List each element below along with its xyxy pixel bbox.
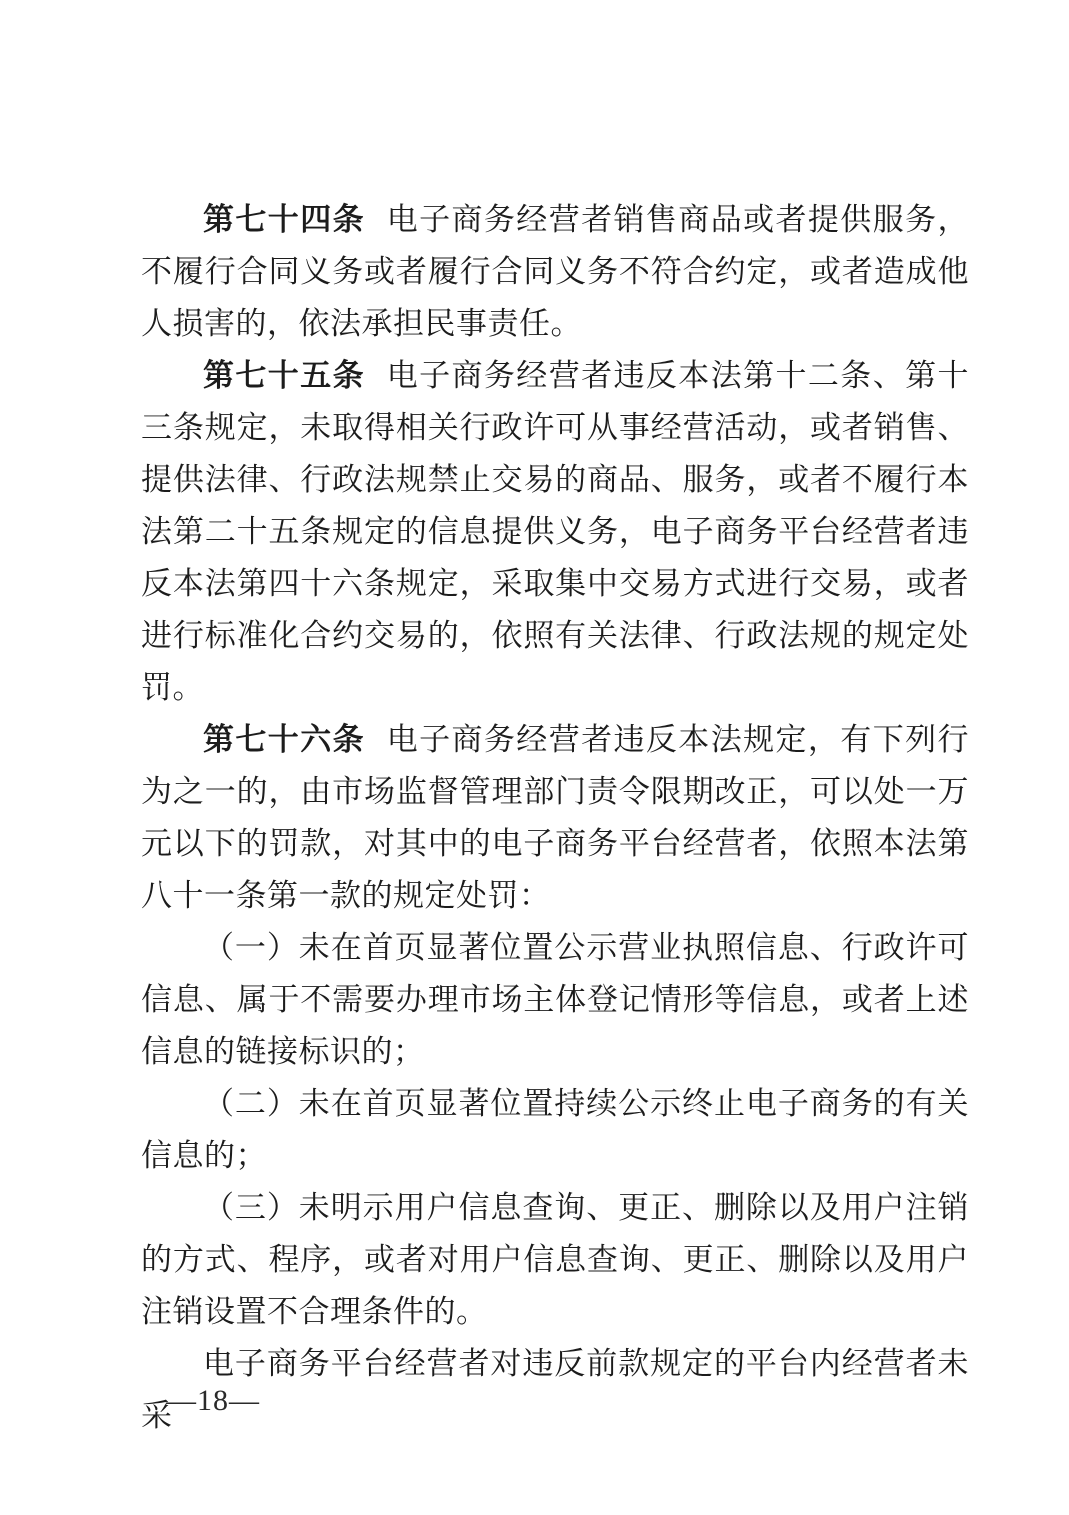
article-76-item-2-text: （二）未在首页显著位置持续公示终止电子商务的有关信息的；: [141, 1086, 969, 1173]
article-76-item-3: （三）未明示用户信息查询、更正、删除以及用户注销的方式、程序，或者对用户信息查询…: [141, 1182, 969, 1338]
article-74-paragraph: 第七十四条电子商务经营者销售商品或者提供服务，不履行合同义务或者履行合同义务不符…: [141, 194, 969, 350]
article-76-closing-text: 电子商务平台经营者对违反前款规定的平台内经营者未采: [141, 1346, 969, 1433]
article-76-paragraph: 第七十六条电子商务经营者违反本法规定，有下列行为之一的，由市场监督管理部门责令限…: [141, 714, 969, 922]
article-74-number: 第七十四条: [203, 202, 365, 237]
article-75-paragraph: 第七十五条电子商务经营者违反本法第十二条、第十三条规定，未取得相关行政许可从事经…: [141, 350, 969, 714]
article-76-number: 第七十六条: [203, 722, 365, 757]
article-76-item-1: （一）未在首页显著位置公示营业执照信息、行政许可信息、属于不需要办理市场主体登记…: [141, 922, 969, 1078]
article-75-text: 电子商务经营者违反本法第十二条、第十三条规定，未取得相关行政许可从事经营活动，或…: [141, 358, 969, 705]
article-76-item-2: （二）未在首页显著位置持续公示终止电子商务的有关信息的；: [141, 1078, 969, 1182]
article-75-number: 第七十五条: [203, 358, 365, 393]
article-76-item-3-text: （三）未明示用户信息查询、更正、删除以及用户注销的方式、程序，或者对用户信息查询…: [141, 1190, 969, 1329]
document-body: 第七十四条电子商务经营者销售商品或者提供服务，不履行合同义务或者履行合同义务不符…: [141, 194, 969, 1442]
page-number: —18—: [166, 1383, 260, 1419]
article-76-item-1-text: （一）未在首页显著位置公示营业执照信息、行政许可信息、属于不需要办理市场主体登记…: [141, 930, 969, 1069]
document-page: 第七十四条电子商务经营者销售商品或者提供服务，不履行合同义务或者履行合同义务不符…: [0, 0, 1069, 1515]
article-76-closing-paragraph: 电子商务平台经营者对违反前款规定的平台内经营者未采: [141, 1338, 969, 1442]
